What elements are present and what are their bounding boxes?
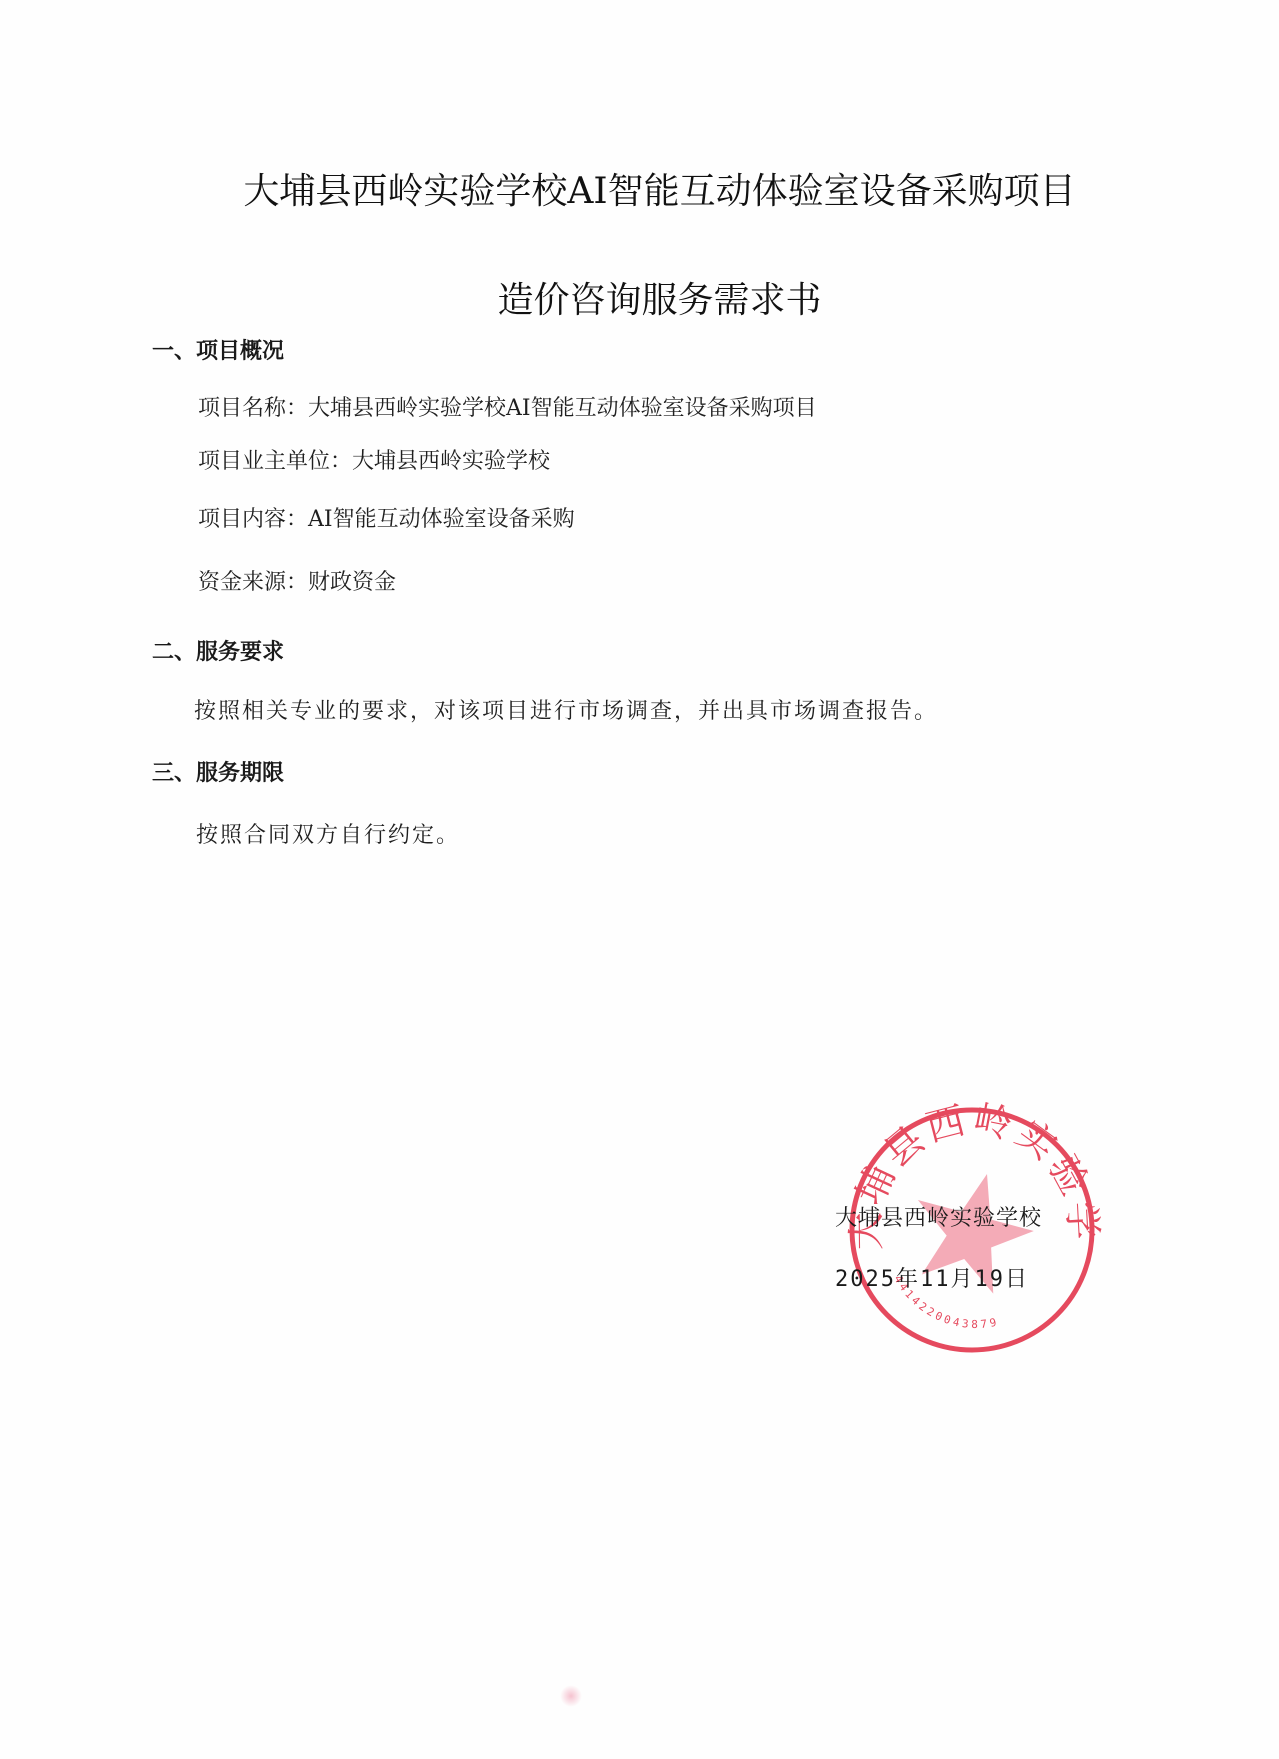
signature-organization: 大埔县西岭实验学校 (835, 1201, 1042, 1232)
document-title: 大埔县西岭实验学校AI智能互动体验室设备采购项目 (20, 163, 1279, 214)
document-page: 大埔县西岭实验学校AI智能互动体验室设备采购项目 造价咨询服务需求书 一、项目概… (0, 0, 1279, 1759)
section-heading-service-period: 三、服务期限 (152, 756, 284, 787)
service-period-text: 按照合同双方自行约定。 (196, 818, 460, 849)
signature-date: 2025年11月19日 (835, 1262, 1029, 1293)
service-requirements-text: 按照相关专业的要求，对该项目进行市场调查，并出具市场调查报告。 (194, 694, 938, 725)
section-heading-overview: 一、项目概况 (152, 334, 284, 365)
funding-source-line: 资金来源：财政资金 (198, 565, 396, 596)
section-heading-service-requirements: 二、服务要求 (152, 635, 284, 666)
project-owner-line: 项目业主单位：大埔县西岭实验学校 (198, 444, 550, 475)
project-name-line: 项目名称：大埔县西岭实验学校AI智能互动体验室设备采购项目 (198, 391, 817, 422)
project-content-line: 项目内容：AI智能互动体验室设备采购 (198, 502, 575, 533)
document-subtitle: 造价咨询服务需求书 (20, 272, 1279, 323)
ink-speck-decoration (560, 1685, 582, 1707)
